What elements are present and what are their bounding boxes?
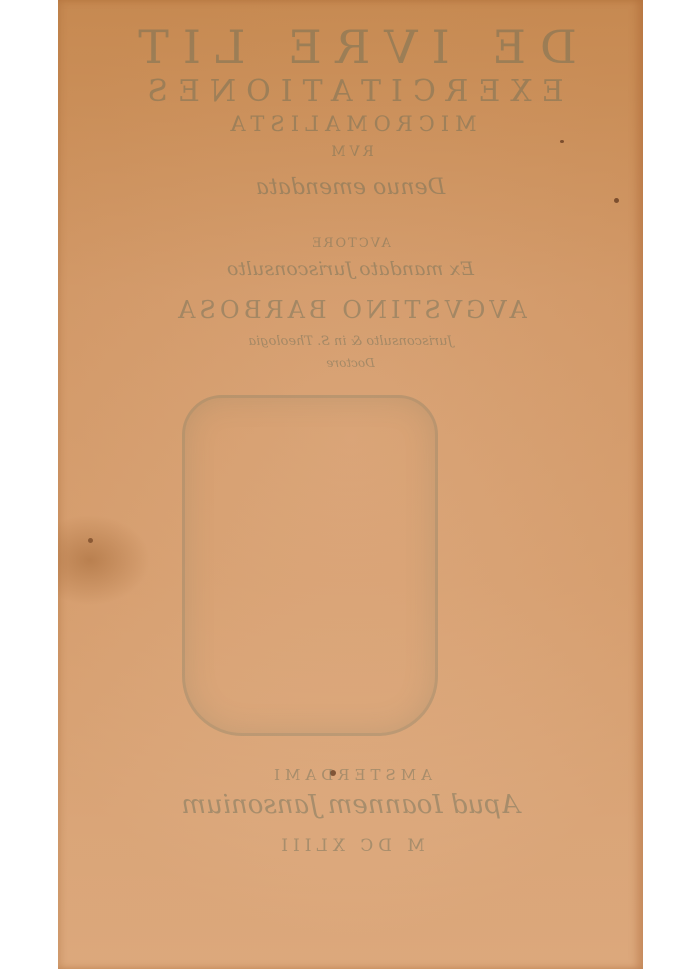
title-line-2: EXERCITATIONES	[58, 74, 643, 109]
imprint-city: AMSTERDAMI	[58, 766, 643, 784]
title-line-1: DE IVRE LIT	[58, 20, 643, 74]
author-name: AVGVSTINO BARBOSA	[58, 296, 643, 324]
imprint-printer: Apud Ioannem Jansonium	[58, 790, 643, 820]
imprint-year: M DC XLIII	[58, 836, 643, 856]
author-note: Ex mandato Jurisconsulto	[58, 258, 643, 280]
author-label: AVCTORE	[58, 236, 643, 251]
author-degree: Doctore	[58, 356, 643, 370]
mirrored-show-through-text: DE IVRE LIT EXERCITATIONES MICROMALISTA …	[58, 0, 643, 969]
subtitle-line: Denuo emendata	[58, 175, 643, 200]
author-title: Jurisconsulto & in S. Theologia	[58, 334, 643, 349]
printers-device-emblem	[182, 395, 438, 736]
title-line-3: MICROMALISTA	[58, 112, 643, 136]
book-page: DE IVRE LIT EXERCITATIONES MICROMALISTA …	[58, 0, 643, 969]
title-line-4: RVM	[58, 144, 643, 160]
